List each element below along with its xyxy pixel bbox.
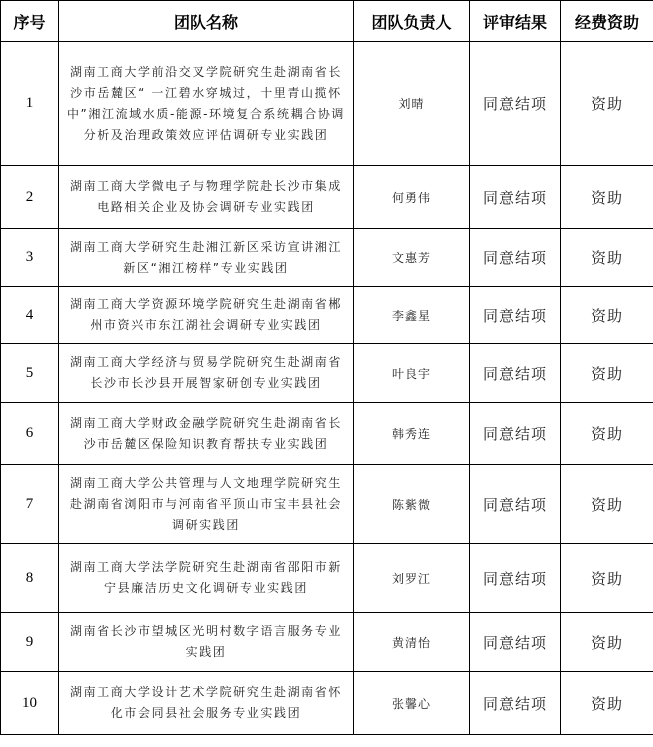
team-name-cell: 湖南工商大学财政金融学院研究生赴湖南省长沙市岳麓区保险知识教育帮扶专业实践团 [59,403,354,465]
funding-cell: 资助 [561,403,653,465]
seq-cell: 1 [1,42,59,166]
team-leader-cell: 黄清怡 [354,613,470,672]
seq-cell: 6 [1,403,59,465]
table-row: 9 湖南省长沙市望城区光明村数字语言服务专业实践团 黄清怡 同意结项 资助 [1,613,653,672]
team-leader-cell: 刘晴 [354,42,470,166]
team-name-cell: 湖南工商大学研究生赴湘江新区采访宣讲湘江新区“湘江榜样”专业实践团 [59,229,354,287]
funding-cell: 资助 [561,287,653,344]
seq-cell: 10 [1,672,59,735]
table-row: 10 湖南工商大学设计艺术学院研究生赴湖南省怀化市会同县社会服务专业实践团 张馨… [1,672,653,735]
team-leader-cell: 何勇伟 [354,166,470,229]
review-result-cell: 同意结项 [470,544,561,613]
review-result-cell: 同意结项 [470,613,561,672]
seq-cell: 5 [1,344,59,403]
team-leader-cell: 文惠芳 [354,229,470,287]
table-row: 4 湖南工商大学资源环境学院研究生赴湖南省郴州市资兴市东江湖社会调研专业实践团 … [1,287,653,344]
seq-cell: 9 [1,613,59,672]
table-row: 2 湖南工商大学微电子与物理学院赴长沙市集成电路相关企业及协会调研专业实践团 何… [1,166,653,229]
table-row: 1 湖南工商大学前沿交叉学院研究生赴湖南省长沙市岳麓区“ 一江碧水穿城过，十里青… [1,42,653,166]
funding-cell: 资助 [561,344,653,403]
table-row: 5 湖南工商大学经济与贸易学院研究生赴湖南省长沙市长沙县开展智家研创专业实践团 … [1,344,653,403]
team-leader-cell: 张馨心 [354,672,470,735]
table-row: 6 湖南工商大学财政金融学院研究生赴湖南省长沙市岳麓区保险知识教育帮扶专业实践团… [1,403,653,465]
header-team-leader: 团队负责人 [354,1,470,42]
table-row: 8 湖南工商大学法学院研究生赴湖南省邵阳市新宁县廉洁历史文化调研专业实践团 刘罗… [1,544,653,613]
table-row: 3 湖南工商大学研究生赴湘江新区采访宣讲湘江新区“湘江榜样”专业实践团 文惠芳 … [1,229,653,287]
team-name-cell: 湖南工商大学法学院研究生赴湖南省邵阳市新宁县廉洁历史文化调研专业实践团 [59,544,354,613]
team-name-cell: 湖南工商大学微电子与物理学院赴长沙市集成电路相关企业及协会调研专业实践团 [59,166,354,229]
seq-cell: 7 [1,465,59,544]
team-name-cell: 湖南工商大学公共管理与人文地理学院研究生赴湖南省浏阳市与河南省平顶山市宝丰县社会… [59,465,354,544]
team-name-cell: 湖南工商大学前沿交叉学院研究生赴湖南省长沙市岳麓区“ 一江碧水穿城过，十里青山揽… [59,42,354,166]
header-seq: 序号 [1,1,59,42]
seq-cell: 4 [1,287,59,344]
team-leader-cell: 韩秀连 [354,403,470,465]
header-funding: 经费资助 [561,1,653,42]
seq-cell: 3 [1,229,59,287]
review-result-cell: 同意结项 [470,672,561,735]
team-leader-cell: 李鑫星 [354,287,470,344]
funding-cell: 资助 [561,42,653,166]
header-team-name: 团队名称 [59,1,354,42]
team-leader-cell: 陈紫微 [354,465,470,544]
header-review-result: 评审结果 [470,1,561,42]
review-result-cell: 同意结项 [470,42,561,166]
team-leader-cell: 叶良宇 [354,344,470,403]
team-name-cell: 湖南工商大学经济与贸易学院研究生赴湖南省长沙市长沙县开展智家研创专业实践团 [59,344,354,403]
review-result-cell: 同意结项 [470,403,561,465]
funding-cell: 资助 [561,166,653,229]
seq-cell: 2 [1,166,59,229]
funding-cell: 资助 [561,672,653,735]
seq-cell: 8 [1,544,59,613]
results-table: 序号 团队名称 团队负责人 评审结果 经费资助 1 湖南工商大学前沿交叉学院研究… [0,0,653,735]
team-name-cell: 湖南工商大学设计艺术学院研究生赴湖南省怀化市会同县社会服务专业实践团 [59,672,354,735]
review-result-cell: 同意结项 [470,287,561,344]
funding-cell: 资助 [561,613,653,672]
team-name-cell: 湖南工商大学资源环境学院研究生赴湖南省郴州市资兴市东江湖社会调研专业实践团 [59,287,354,344]
funding-cell: 资助 [561,544,653,613]
review-result-cell: 同意结项 [470,229,561,287]
review-result-cell: 同意结项 [470,166,561,229]
review-result-cell: 同意结项 [470,465,561,544]
header-row: 序号 团队名称 团队负责人 评审结果 经费资助 [1,1,653,42]
review-result-cell: 同意结项 [470,344,561,403]
team-name-cell: 湖南省长沙市望城区光明村数字语言服务专业实践团 [59,613,354,672]
table-row: 7 湖南工商大学公共管理与人文地理学院研究生赴湖南省浏阳市与河南省平顶山市宝丰县… [1,465,653,544]
team-leader-cell: 刘罗江 [354,544,470,613]
funding-cell: 资助 [561,229,653,287]
funding-cell: 资助 [561,465,653,544]
